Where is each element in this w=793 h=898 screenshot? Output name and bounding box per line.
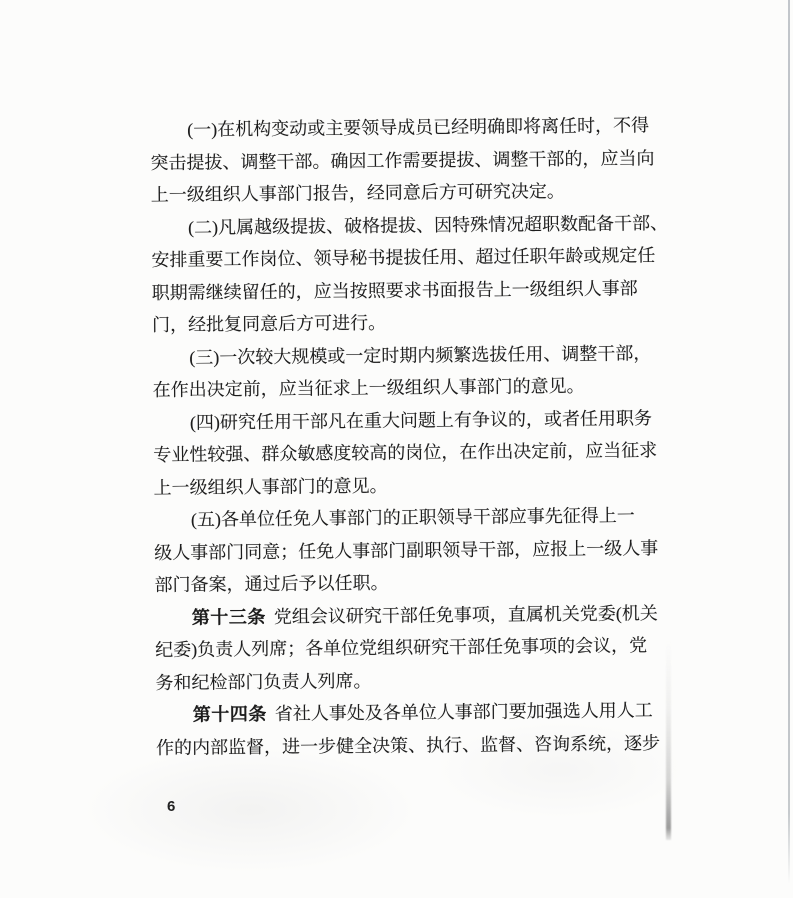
text-segment: (四)研究任用干部凡在重大问题上有争议的，或者任用职务 [190, 408, 652, 432]
text-line: 职期需继续留任的，应当按照要求书面报告上一级组织人事部 [152, 271, 692, 309]
text-segment: 突击提拔、调整干部。确因工作需要提拔、调整干部的，应当向 [150, 148, 654, 173]
scanned-document-page: (一)在机构变动或主要领导成员已经明确即将离任时，不得突击提拔、调整干部。确因工… [0, 0, 793, 898]
document-body: (一)在机构变动或主要领导成员已经明确即将离任时，不得突击提拔、调整干部。确因工… [150, 109, 696, 764]
text-line: 部门备案，通过后予以任职。 [154, 564, 694, 602]
text-line: 纪委)负责人列席；各单位党组织研究干部任免事项的会议，党 [155, 629, 695, 667]
text-segment: (三)一次较大规模或一定时期内频繁选拔任用、调整干部， [189, 343, 651, 367]
text-line: 级人事部门同意；任免人事部门副职领导干部，应报上一级人事 [154, 531, 694, 569]
text-line: 专业性较强、群众敏感度较高的岗位，在作出决定前，应当征求 [153, 434, 693, 472]
text-segment: 职期需继续留任的，应当按照要求书面报告上一级组织人事部 [152, 278, 638, 303]
text-segment: 在作出决定前，应当征求上一级组织人事部门的意见。 [153, 376, 585, 400]
text-line: 第十四条省社人事处及各单位人事部门要加强选人用人工 [156, 694, 696, 732]
scan-edge-line [788, 0, 790, 884]
text-segment: 作的内部监督，进一步健全决策、执行、监督、咨询系统，逐步 [156, 733, 660, 758]
text-line: (一)在机构变动或主要领导成员已经明确即将离任时，不得 [150, 109, 690, 147]
text-line: (三)一次较大规模或一定时期内频繁选拔任用、调整干部， [152, 336, 692, 374]
document-lines: (一)在机构变动或主要领导成员已经明确即将离任时，不得突击提拔、调整干部。确因工… [150, 109, 696, 764]
text-line: 第十三条党组会议研究干部任免事项，直属机关党委(机关 [155, 596, 695, 634]
text-segment: 门，经批复同意后方可进行。 [152, 313, 386, 335]
page-number: 6 [167, 798, 175, 815]
text-segment: 党组会议研究干部任免事项，直属机关党委(机关 [274, 603, 658, 627]
text-segment: (一)在机构变动或主要领导成员已经明确即将离任时，不得 [187, 115, 649, 139]
text-segment: 级人事部门同意；任免人事部门副职领导干部，应报上一级人事 [154, 538, 658, 563]
text-segment: (五)各单位任免人事部门的正职领导干部应事先征得上一 [191, 505, 635, 529]
text-segment: 省社人事处及各单位人事部门要加强选人用人工 [275, 700, 653, 724]
text-segment: 上一级组织人事部门的意见。 [153, 475, 387, 497]
text-line: (二)凡属越级提拔、破格提拔、因特殊情况超职数配备干部、 [151, 206, 691, 244]
text-line: 突击提拔、调整干部。确因工作需要提拔、调整干部的，应当向 [150, 141, 690, 179]
text-line: 务和纪检部门负责人列席。 [155, 661, 695, 699]
text-line: 在作出决定前，应当征求上一级组织人事部门的意见。 [152, 369, 692, 407]
text-line: (四)研究任用干部凡在重大问题上有争议的，或者任用职务 [153, 401, 693, 439]
text-segment: (二)凡属越级提拔、破格提拔、因特殊情况超职数配备干部、 [188, 213, 668, 238]
section-heading: 第十四条 [193, 704, 267, 725]
text-segment: 务和纪检部门负责人列席。 [155, 670, 371, 692]
text-line: 上一级组织人事部门报告，经同意后方可研究决定。 [151, 174, 691, 212]
text-segment: 专业性较强、群众敏感度较高的岗位，在作出决定前，应当征求 [153, 440, 657, 465]
text-line: 门，经批复同意后方可进行。 [152, 304, 692, 342]
text-line: 作的内部监督，进一步健全决策、执行、监督、咨询系统，逐步 [156, 726, 696, 764]
scan-artifact-streak [666, 640, 671, 840]
text-segment: 安排重要工作岗位、领导秘书提拔任用、超过任职年龄或规定任 [151, 245, 655, 270]
text-line: (五)各单位任免人事部门的正职领导干部应事先征得上一 [154, 499, 694, 537]
text-segment: 上一级组织人事部门报告，经同意后方可研究决定。 [151, 181, 565, 205]
text-segment: 纪委)负责人列席；各单位党组织研究干部任免事项的会议，党 [155, 635, 647, 660]
text-line: 上一级组织人事部门的意见。 [153, 466, 693, 504]
text-line: 安排重要工作岗位、领导秘书提拔任用、超过任职年龄或规定任 [151, 239, 691, 277]
text-segment: 部门备案，通过后予以任职。 [154, 573, 388, 595]
section-heading: 第十三条 [192, 606, 266, 627]
